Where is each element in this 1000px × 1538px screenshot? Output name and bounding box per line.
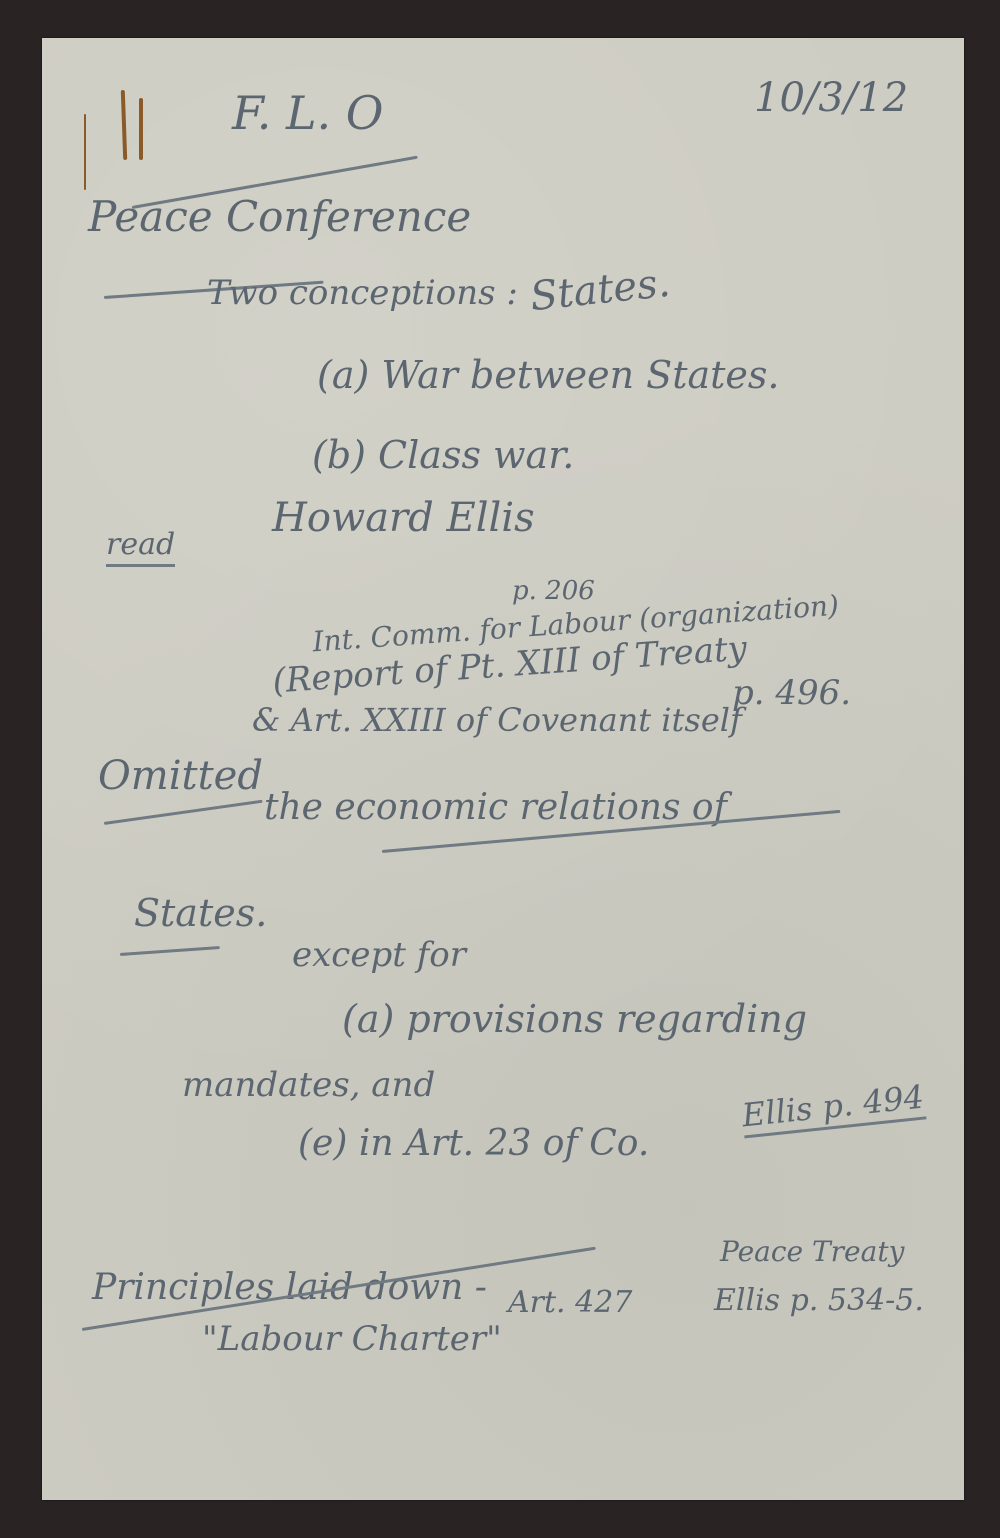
page-ref-206: p. 206 xyxy=(512,578,595,604)
line-howard-ellis: Howard Ellis xyxy=(272,498,535,538)
line-class-war: (b) Class war. xyxy=(312,436,574,474)
line-states-1: States. xyxy=(528,263,672,317)
ref-art-427: Art. 427 xyxy=(508,1288,632,1318)
label-read: read xyxy=(106,530,175,567)
label-omitted: Omitted xyxy=(98,756,263,796)
header-date: 10/3/12 xyxy=(754,78,908,118)
line-two-conceptions: Two conceptions : xyxy=(207,276,518,310)
line-economic-relations: the economic relations of xyxy=(264,790,727,826)
line-art-xxiii-covenant: & Art. XXIII of Covenant itself xyxy=(252,704,742,736)
line-mandates-and: mandates, and xyxy=(182,1068,435,1102)
omitted-underline xyxy=(104,800,263,825)
line-war-between-states: (a) War between States. xyxy=(317,356,779,394)
line-provisions-regarding: (a) provisions regarding xyxy=(342,1000,807,1038)
line-except-for: except for xyxy=(292,938,466,972)
brown-pencil-mark xyxy=(84,114,86,190)
page-ref-496: p. 496. xyxy=(732,676,851,710)
title: Peace Conference xyxy=(88,196,471,238)
line-states-2: States. xyxy=(134,894,267,932)
manuscript-page: F. L. O 10/3/12 Peace Conference Two con… xyxy=(42,38,964,1500)
ref-ellis-534: Ellis p. 534-5. xyxy=(714,1286,924,1316)
ref-peace-treaty: Peace Treaty xyxy=(720,1238,904,1266)
header-initials: F. L. O xyxy=(232,90,384,136)
line-art-23: (e) in Art. 23 of Co. xyxy=(298,1126,649,1162)
ref-ellis-494: Ellis p. 494 xyxy=(740,1081,926,1139)
brown-pencil-mark xyxy=(121,90,127,160)
states-underline xyxy=(120,946,220,956)
line-labour-charter: "Labour Charter" xyxy=(202,1322,502,1356)
brown-pencil-mark xyxy=(139,98,143,160)
